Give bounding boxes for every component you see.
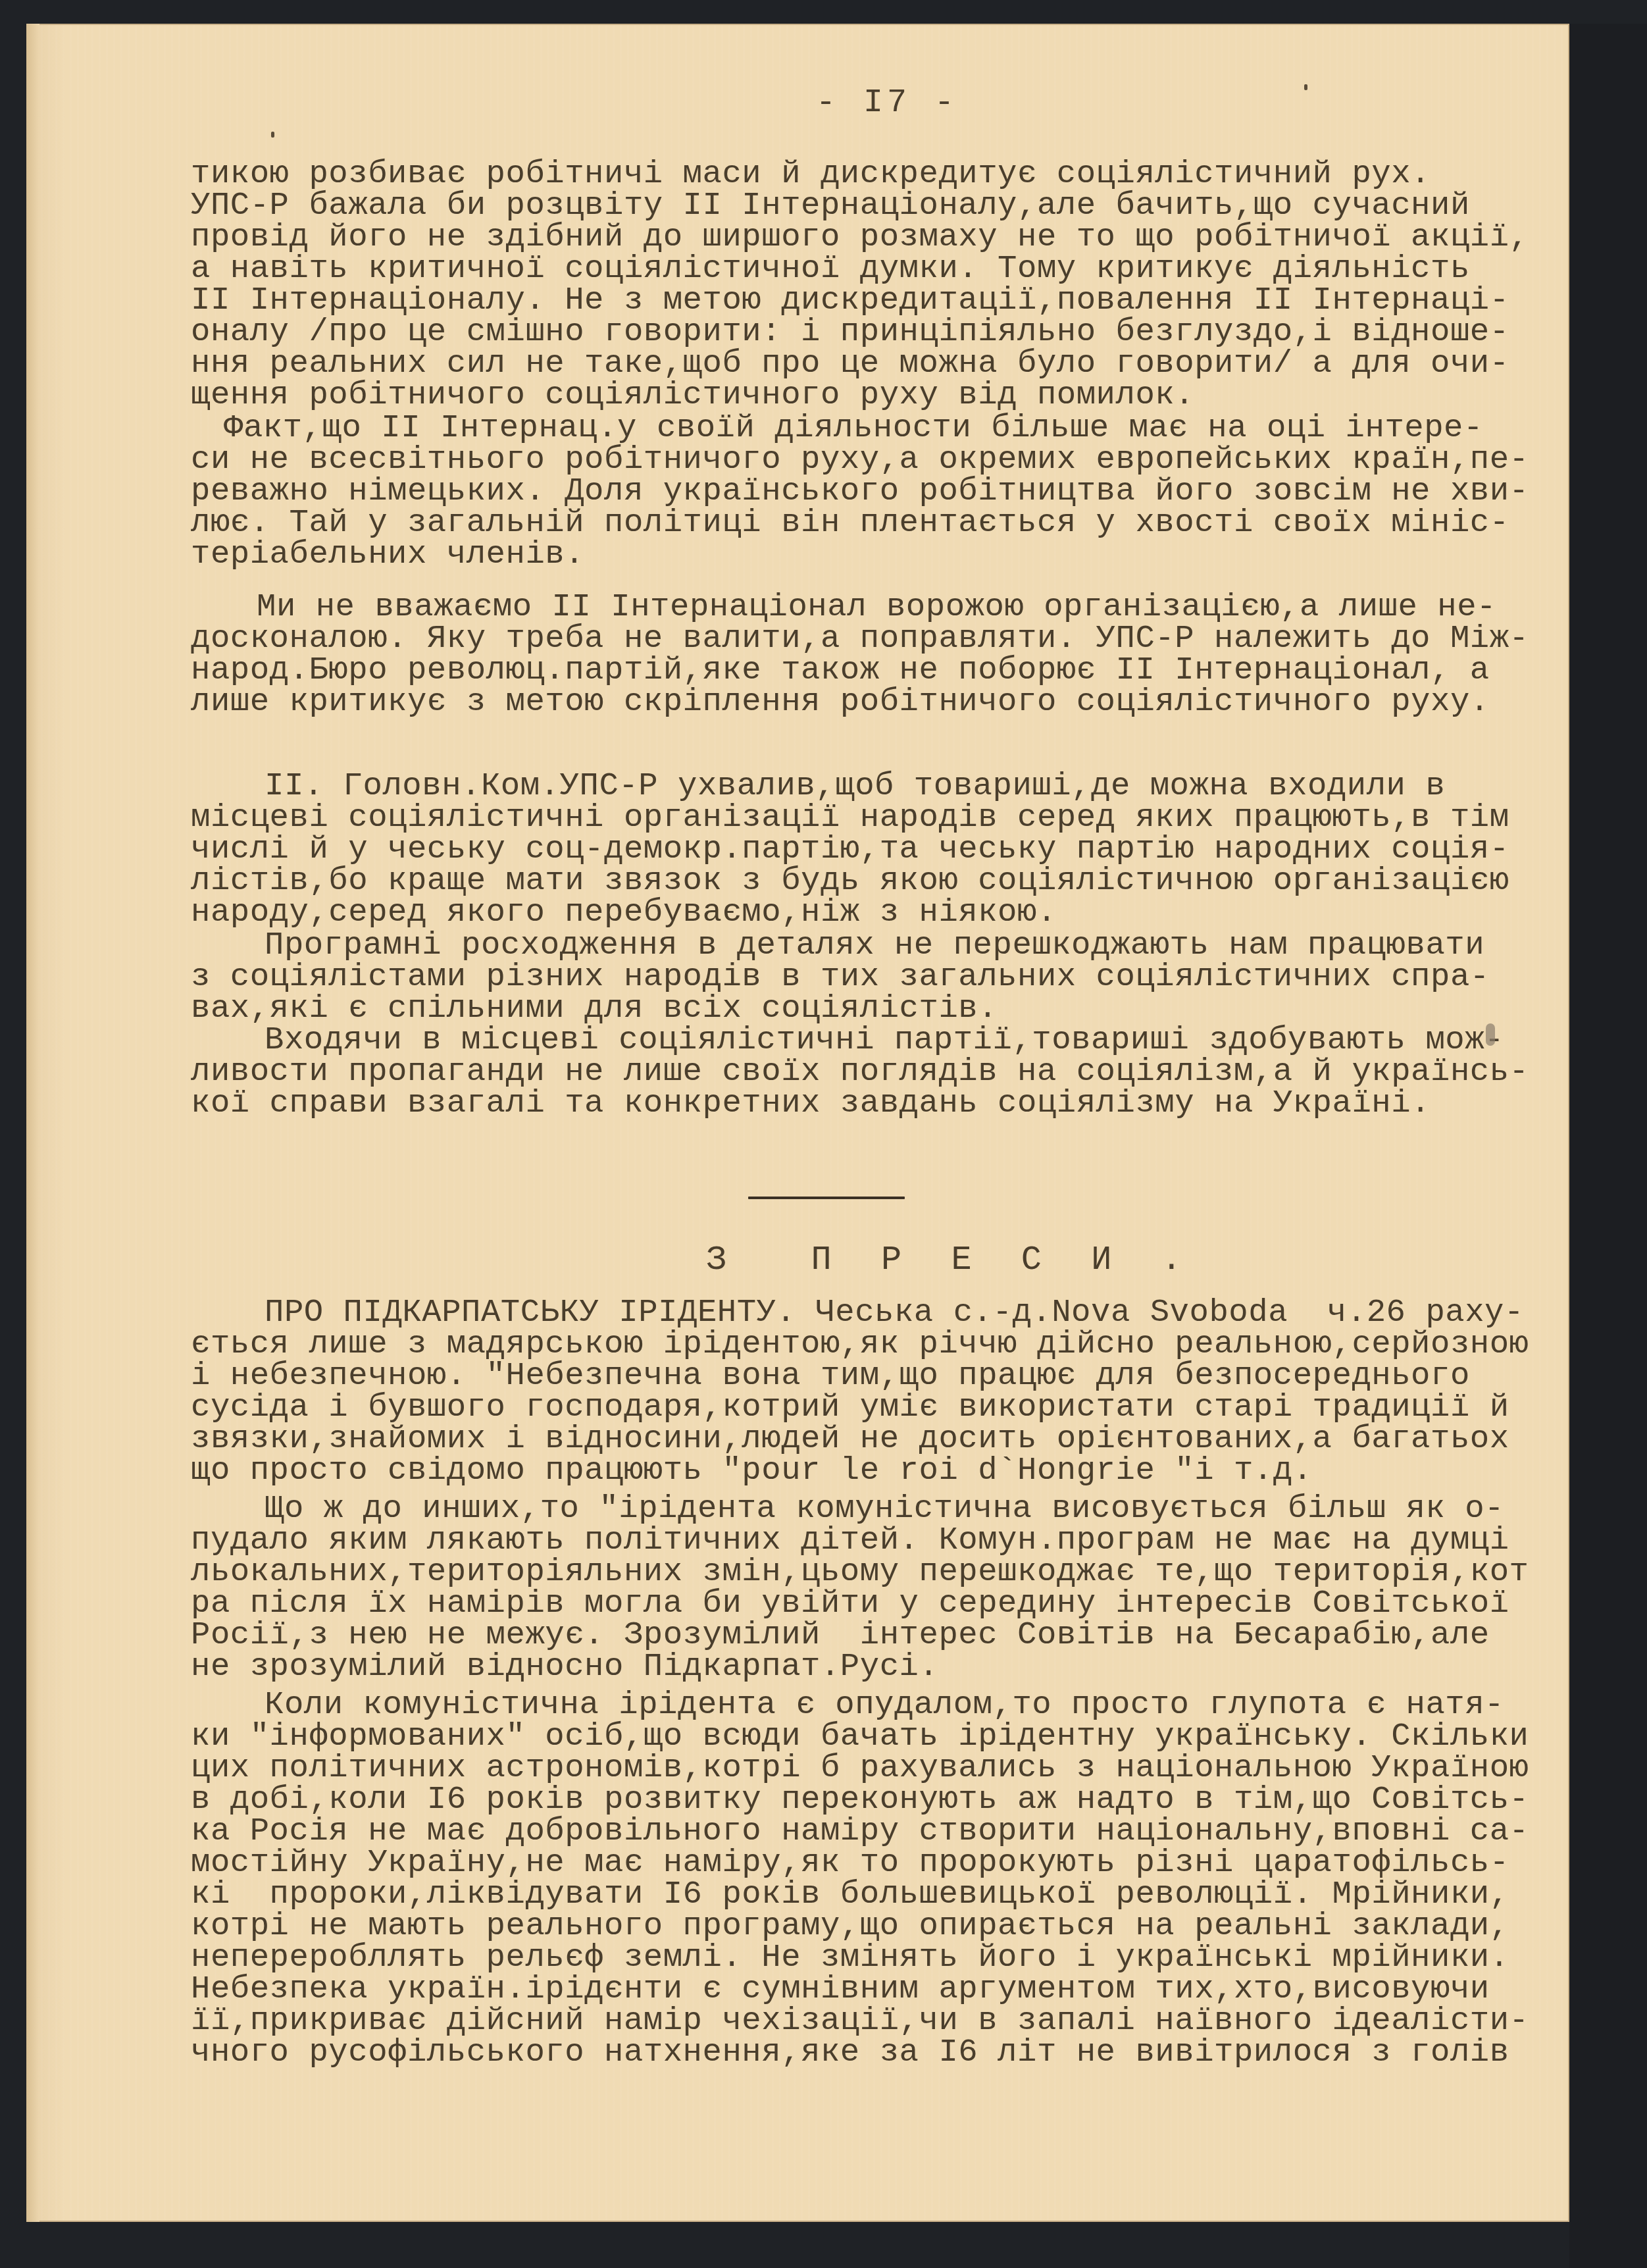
- text-line: в добі,коли I6 років розвитку переконуют…: [191, 1784, 1529, 1816]
- text-line: котрі не мають реального програму,що опи…: [191, 1910, 1509, 1942]
- text-line: пудало яким лякають політичних дітей. Ко…: [191, 1524, 1509, 1557]
- text-line: Програмні росходження в деталях не переш…: [191, 929, 1484, 962]
- text-line: оналу /про це смішно говорити: і принціп…: [191, 316, 1509, 348]
- text-line: УПС-Р бажала би розцвіту II Інтернаціона…: [191, 190, 1470, 222]
- text-line: досконалою. Яку треба не валити,а поправ…: [191, 623, 1529, 655]
- text-line: Росії,з нею не межує. Зрозумілий інтерес…: [191, 1619, 1490, 1651]
- text-line: лює. Тай у загальній політиці він плента…: [191, 507, 1509, 539]
- text-line: щення робітничого соціялістичного руху в…: [191, 379, 1194, 411]
- section-divider: [748, 1197, 905, 1199]
- ink-speck: [1304, 84, 1307, 90]
- text-line: що просто свідомо працюють "pour le roi …: [191, 1455, 1313, 1487]
- page-number: - I7 -: [816, 84, 958, 122]
- text-line: Входячи в місцеві соціялістичні партії,т…: [191, 1024, 1504, 1056]
- text-line: провід його не здібний до ширшого розмах…: [191, 221, 1529, 253]
- text-line: кої справи взагалі та конкретних завдань…: [191, 1087, 1431, 1120]
- text-line: її,прикриває дійсний намір чехізації,чи …: [191, 2005, 1529, 2037]
- text-line: лише критикує з метою скріплення робітни…: [191, 686, 1490, 718]
- text-line: ка Росія не має добровільного наміру ств…: [191, 1815, 1529, 1847]
- text-line: II Інтернаціоналу. Не з метою дискредита…: [191, 284, 1509, 317]
- text-line: з соціялістами різних народів в тих зага…: [191, 961, 1490, 993]
- text-line: чного русофільського натхнення,яке за I6…: [191, 2036, 1509, 2069]
- text-line: льокальних,територіяльних змін,цьому пер…: [191, 1556, 1529, 1588]
- text-line: Небезпека україн.ірідєнти є сумнівним ар…: [191, 1973, 1490, 2005]
- ink-speck: [271, 132, 274, 138]
- text-line: лістів,бо краще мати звязок з будь якою …: [191, 865, 1509, 897]
- text-line: ється лише з мадярською ірідентою,як річ…: [191, 1328, 1529, 1360]
- text-line: ливости пропаганди не лише своїх погляді…: [191, 1056, 1529, 1088]
- text-line: ки "інформованих" осіб,що всюди бачать і…: [191, 1720, 1529, 1753]
- text-line: II. Головн.Ком.УПС-Р ухвалив,щоб товариш…: [191, 770, 1445, 802]
- scanner-edge: [1569, 24, 1647, 2268]
- section-heading: З П Р Е С И .: [706, 1241, 1196, 1279]
- text-line: непереробллять рельєф землі. Не змінять …: [191, 1942, 1509, 1974]
- text-line: ння реальних сил не таке,щоб про це можн…: [191, 348, 1509, 380]
- text-line: мостійну Україну,не має наміру,як то про…: [191, 1847, 1509, 1879]
- page-spine-shadow: [26, 24, 39, 2222]
- text-line: сусіда і бувшого господаря,котрий уміє в…: [191, 1391, 1509, 1424]
- text-line: місцеві соціялістичні організації народі…: [191, 802, 1509, 834]
- text-line: а навіть критичної соціялістичної думки.…: [191, 253, 1470, 285]
- text-line: кі пророки,ліквідувати I6 років большеви…: [191, 1878, 1509, 1911]
- ink-blot: [1486, 1023, 1495, 1046]
- text-line: Що ж до инших,то "ірідента комуністична …: [191, 1493, 1504, 1525]
- text-line: ра після їх намірів могла би увійти у се…: [191, 1587, 1509, 1620]
- text-line: народу,серед якого перебуваємо,ніж з нія…: [191, 896, 1057, 929]
- text-line: не зрозумілий відносно Підкарпат.Русі.: [191, 1651, 938, 1683]
- text-line: Коли комуністична ірідента є опудалом,то…: [191, 1689, 1504, 1721]
- text-line: і небезпечною. "Небезпечна вона тим,що п…: [191, 1360, 1470, 1392]
- text-line: теріабельних членів.: [191, 538, 584, 571]
- text-line: ПРО ПІДКАРПАТСЬКУ ІРІДЕНТУ. Чеська с.-д.…: [191, 1297, 1524, 1329]
- text-line: Ми не вважаємо II Інтернаціонал ворожою …: [191, 591, 1496, 623]
- text-line: цих політичних астрономів,котрі б рахува…: [191, 1752, 1529, 1784]
- text-line: народ.Бюро революц.партій,яке також не п…: [191, 654, 1490, 686]
- text-line: числі й у чеську соц-демокр.партію,та че…: [191, 833, 1509, 865]
- text-line: звязки,знайомих і відносини,людей не дос…: [191, 1423, 1509, 1455]
- text-line: тикою розбиває робітничі маси й дискреди…: [191, 158, 1431, 190]
- text-line: Факт,що II Інтернац.у своїй діяльности б…: [191, 412, 1483, 444]
- text-line: вах,які є спільними для всіх соціялістів…: [191, 992, 998, 1025]
- text-line: реважно німецьких. Доля українського роб…: [191, 475, 1529, 507]
- text-line: си не всесвітнього робітничого руху,а ок…: [191, 444, 1529, 476]
